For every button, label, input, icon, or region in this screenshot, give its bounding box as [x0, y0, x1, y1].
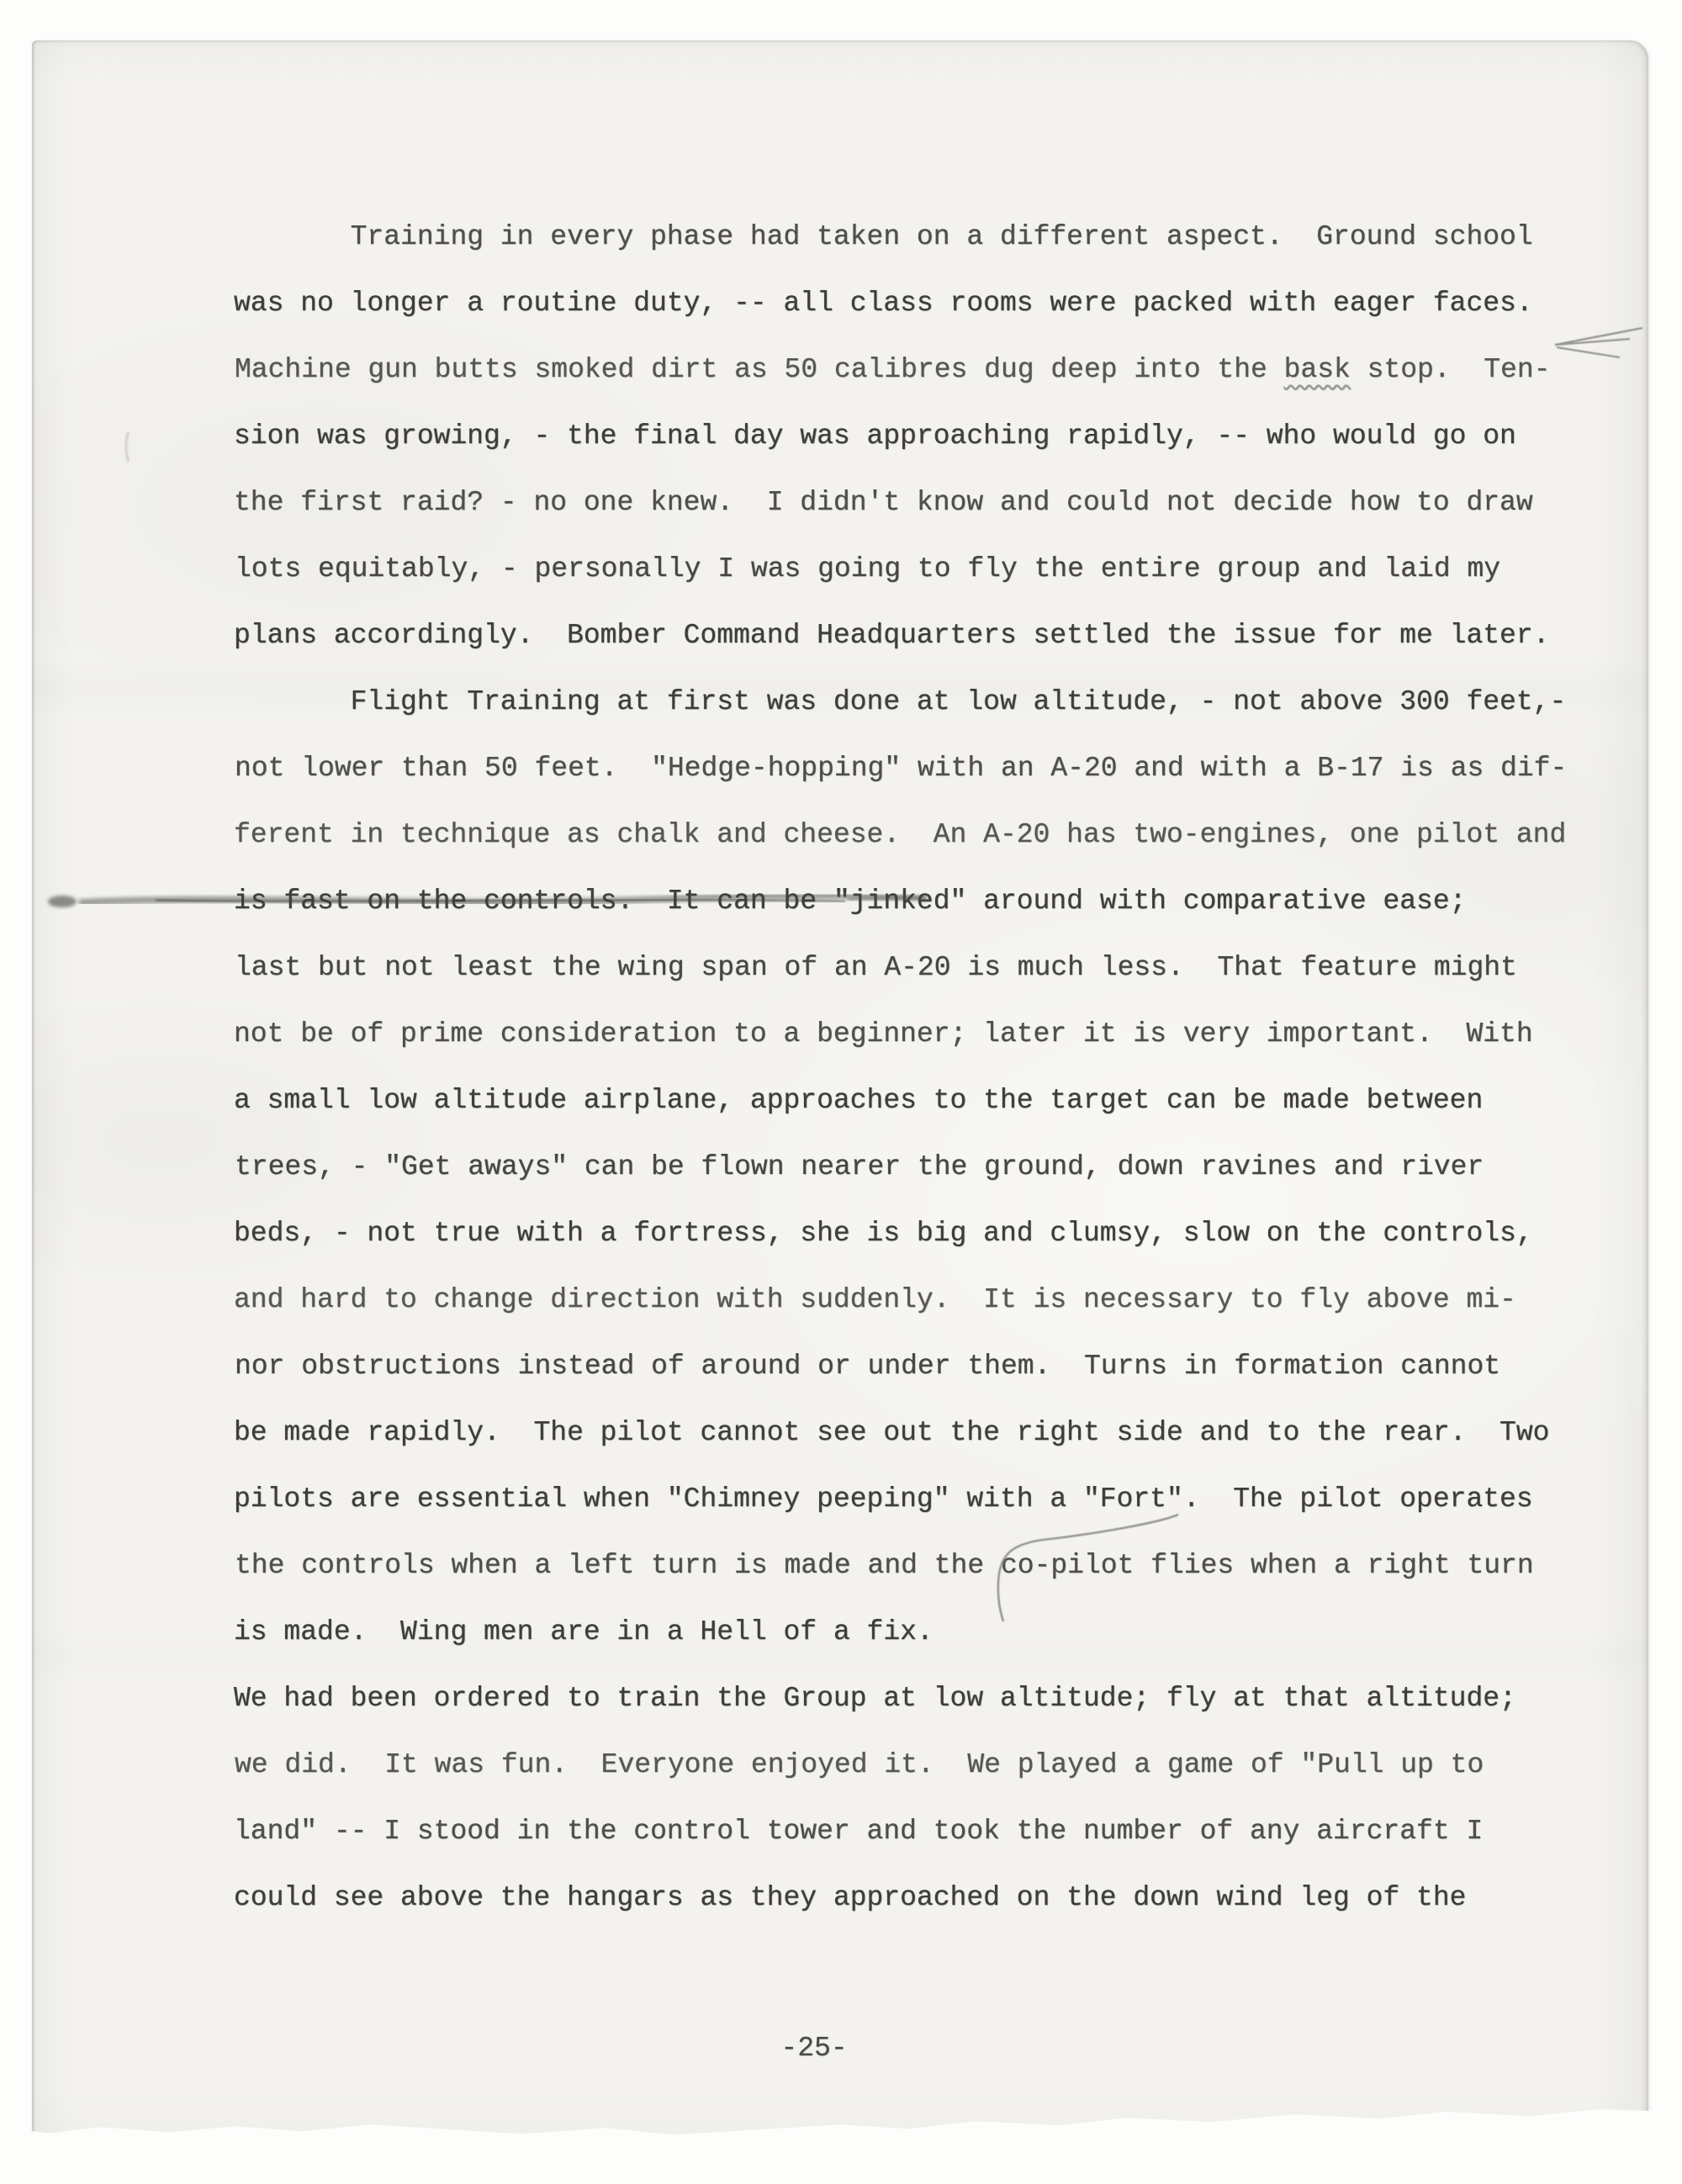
typed-line: sion was growing, - the final day was ap…	[234, 403, 1579, 469]
typed-line: land" -- I stood in the control tower an…	[234, 1798, 1579, 1864]
typed-line: last but not least the wing span of an A…	[235, 934, 1580, 1001]
typed-line: the controls when a left turn is made an…	[235, 1532, 1580, 1599]
typed-line: is fast on the controls. It can be "jink…	[234, 868, 1579, 934]
typed-line: a small low altitude airplane, approache…	[234, 1067, 1579, 1134]
typed-line: We had been ordered to train the Group a…	[234, 1665, 1579, 1732]
typed-line: trees, - "Get aways" can be flown nearer…	[235, 1134, 1580, 1200]
typed-line: lots equitably, - personally I was going…	[235, 536, 1580, 602]
typed-line: beds, - not true with a fortress, she is…	[234, 1200, 1579, 1267]
typed-line: pilots are essential when "Chimney peepi…	[234, 1466, 1579, 1532]
typed-line: nor obstructions instead of around or un…	[235, 1333, 1580, 1399]
page-number: -25-	[764, 2015, 865, 2081]
typed-line: be made rapidly. The pilot cannot see ou…	[234, 1399, 1579, 1466]
typed-line: ferent in technique as chalk and cheese.…	[234, 801, 1579, 868]
typed-line: Flight Training at first was done at low…	[234, 669, 1579, 735]
typed-text-block: Training in every phase had taken on a d…	[234, 204, 1579, 1931]
typed-line: is made. Wing men are in a Hell of a fix…	[234, 1599, 1579, 1665]
typed-line: not be of prime consideration to a begin…	[234, 1001, 1579, 1067]
typed-line: Training in every phase had taken on a d…	[234, 204, 1579, 270]
typed-line: we did. It was fun. Everyone enjoyed it.…	[235, 1732, 1580, 1798]
typed-line: not lower than 50 feet. "Hedge-hopping" …	[235, 735, 1580, 801]
typed-line: plans accordingly. Bomber Command Headqu…	[234, 602, 1579, 669]
typed-line: and hard to change direction with sudden…	[234, 1267, 1579, 1333]
typed-line: the first raid? - no one knew. I didn't …	[234, 469, 1579, 536]
pencil-underline: bask	[1284, 354, 1351, 385]
typed-line: could see above the hangars as they appr…	[234, 1864, 1579, 1931]
typed-line: Machine gun butts smoked dirt as 50 cali…	[235, 336, 1580, 403]
typed-line: was no longer a routine duty, -- all cla…	[234, 270, 1579, 336]
